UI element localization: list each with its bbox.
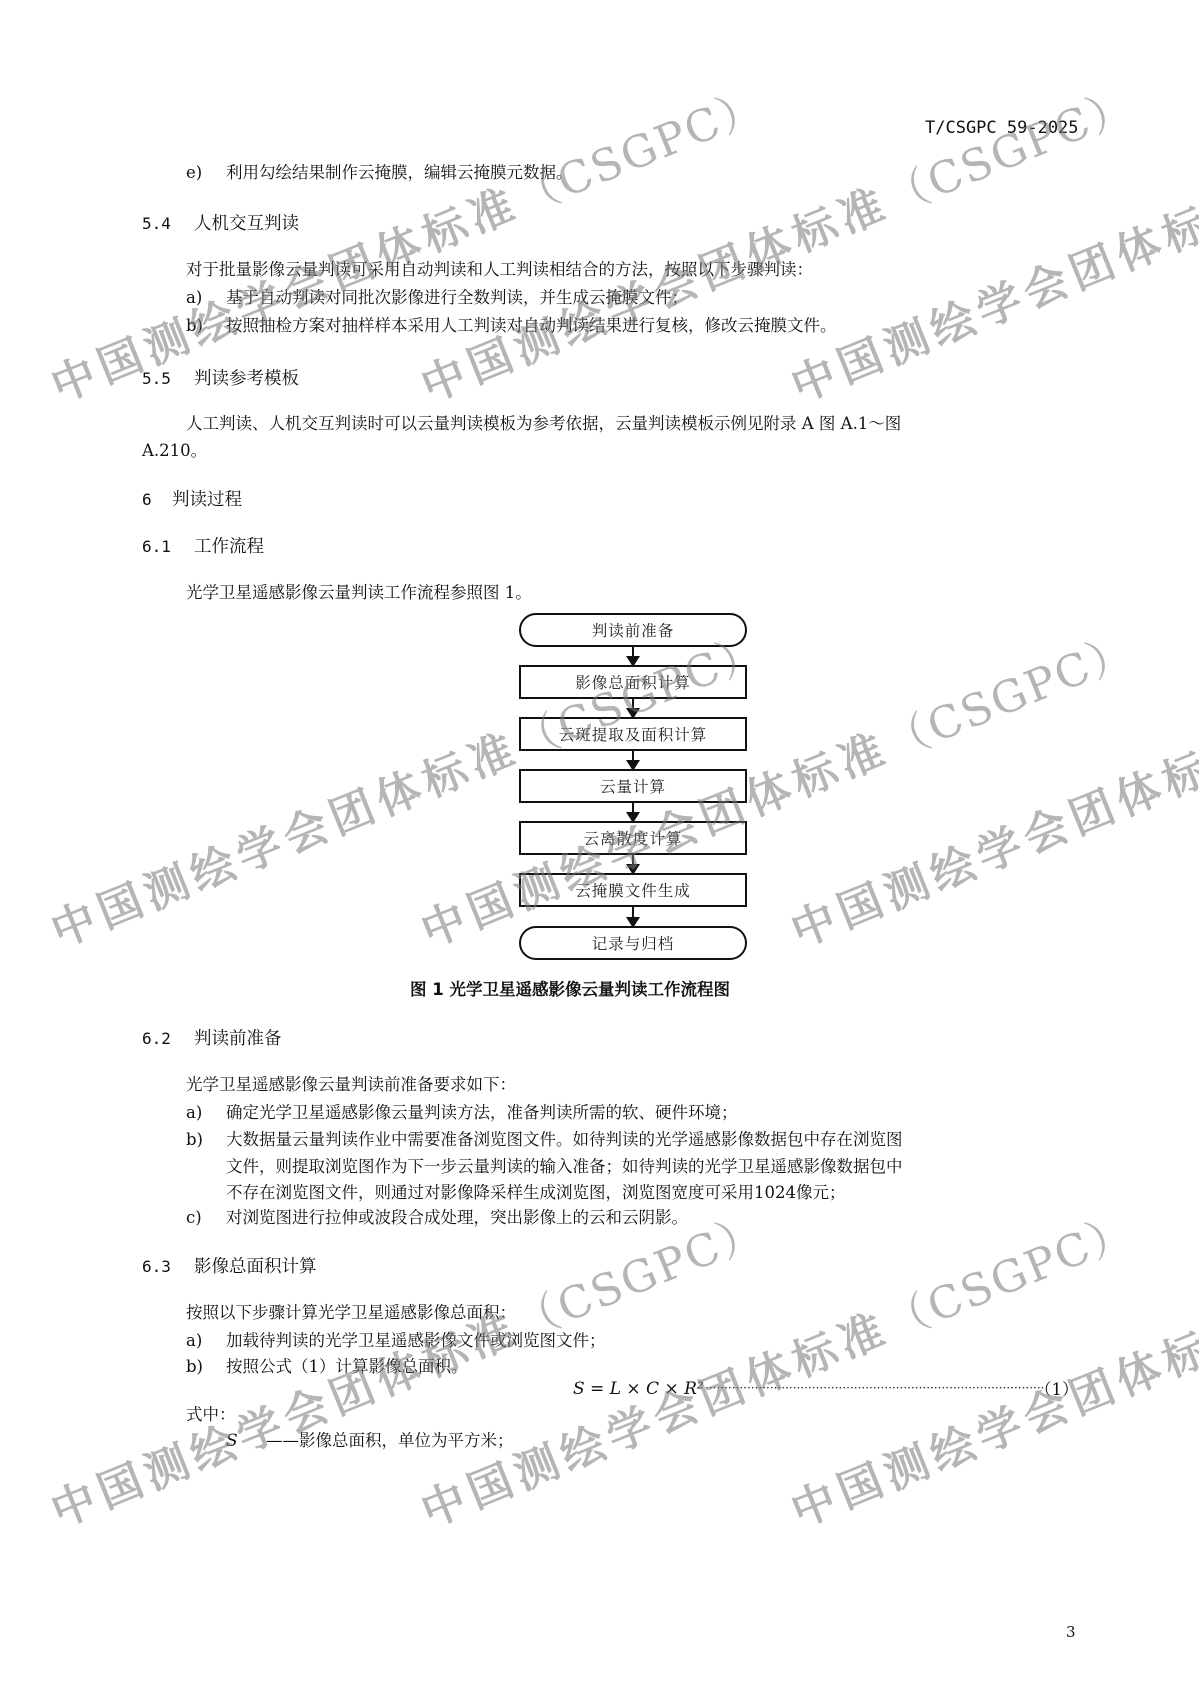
section-number: 5.4 <box>142 214 194 233</box>
item-label: a) <box>186 1103 202 1122</box>
page-number: 3 <box>1066 1623 1076 1641</box>
section-title: 判读前准备 <box>194 1029 282 1049</box>
section-heading-6: 6判读过程 <box>142 486 242 511</box>
paragraph: 对于批量影像云量判读可采用自动判读和人工判读相结合的方法，按照以下步骤判读： <box>186 259 813 281</box>
watermark: 中国测绘学会团体标准 <box>780 168 1199 415</box>
item-label: b) <box>186 316 203 335</box>
section-title: 判读参考模板 <box>194 369 299 389</box>
section-heading-6-1: 6.1工作流程 <box>142 533 264 558</box>
item-label: a) <box>186 288 202 307</box>
section-number: 5.5 <box>142 369 194 388</box>
item-text: 按照抽检方案对抽样样本采用人工判读对自动判读结果进行复核，修改云掩膜文件。 <box>226 315 837 337</box>
item-text: 加载待判读的光学卫星遥感影像文件或浏览图文件； <box>226 1330 606 1352</box>
item-text: 利用勾绘结果制作云掩膜，编辑云掩膜元数据。 <box>226 162 573 184</box>
arrow-down-icon <box>632 803 634 821</box>
where-label: 式中： <box>186 1404 236 1426</box>
section-number: 6.3 <box>142 1257 194 1276</box>
document-page: T/CSGPC 59-2025 e) 利用勾绘结果制作云掩膜，编辑云掩膜元数据。… <box>0 0 1199 1696</box>
section-title: 人机交互判读 <box>194 214 299 234</box>
flow-step: 云掩膜文件生成 <box>519 873 747 907</box>
list-item: b) 大数据量云量判读作业中需要准备浏览图文件。如待判读的光学遥感影像数据包中存… <box>186 1129 203 1151</box>
item-text: 基于自动判读对同批次影像进行全数判读，并生成云掩膜文件； <box>226 287 688 309</box>
list-item: c) 对浏览图进行拉伸或波段合成处理，突出影像上的云和云阴影。 <box>186 1207 202 1229</box>
arrow-down-icon <box>632 699 634 717</box>
flow-step: 云离散度计算 <box>519 821 747 855</box>
flow-step-end: 记录与归档 <box>519 926 747 960</box>
watermark: 中国测绘学会团体标准 <box>780 1293 1199 1540</box>
item-text-continuation: 文件，则提取浏览图作为下一步云量判读的输入准备；如待判读的光学卫星遥感影像数据包… <box>226 1156 903 1178</box>
flow-step-start: 判读前准备 <box>519 613 747 647</box>
paragraph: 光学卫星遥感影像云量判读工作流程参照图 1。 <box>186 582 532 604</box>
paragraph: 按照以下步骤计算光学卫星遥感影像总面积： <box>186 1302 516 1324</box>
flow-step: 云斑提取及面积计算 <box>519 717 747 751</box>
definition-symbol: S <box>226 1430 266 1452</box>
item-text: 确定光学卫星遥感影像云量判读方法，准备判读所需的软、硬件环境； <box>226 1102 738 1124</box>
document-id: T/CSGPC 59-2025 <box>925 118 1079 138</box>
list-item: b) 按照抽检方案对抽样样本采用人工判读对自动判读结果进行复核，修改云掩膜文件。 <box>186 315 203 337</box>
watermark: 中国测绘学会团体标准（CSGPC） <box>40 69 773 415</box>
item-label: e) <box>186 163 202 182</box>
item-text: 对浏览图进行拉伸或波段合成处理，突出影像上的云和云阴影。 <box>226 1207 688 1229</box>
item-text-continuation: 不存在浏览图文件，则通过对影像降采样生成浏览图，浏览图宽度可采用1024像元； <box>226 1182 846 1204</box>
section-number: 6.2 <box>142 1029 194 1048</box>
flow-step: 影像总面积计算 <box>519 665 747 699</box>
paragraph-line: A.210。 <box>142 440 207 462</box>
list-item: a) 基于自动判读对同批次影像进行全数判读，并生成云掩膜文件； <box>186 287 202 309</box>
list-item: a) 加载待判读的光学卫星遥感影像文件或浏览图文件； <box>186 1330 202 1352</box>
arrow-down-icon <box>632 855 634 873</box>
item-text: 大数据量云量判读作业中需要准备浏览图文件。如待判读的光学遥感影像数据包中存在浏览… <box>226 1129 903 1151</box>
formula-number: （1） <box>1035 1379 1079 1401</box>
section-title: 判读过程 <box>172 490 242 510</box>
section-heading-5-5: 5.5判读参考模板 <box>142 365 299 390</box>
definition-text: ——影像总面积，单位为平方米； <box>266 1431 514 1450</box>
list-item: e) 利用勾绘结果制作云掩膜，编辑云掩膜元数据。 <box>186 162 202 184</box>
watermark: 中国测绘学会团体标准 <box>780 713 1199 960</box>
item-text: 按照公式（1）计算影像总面积。 <box>226 1356 468 1378</box>
list-item: b) 按照公式（1）计算影像总面积。 <box>186 1356 203 1378</box>
section-number: 6.1 <box>142 537 194 556</box>
formula-leader-dots: ········································… <box>705 1381 1045 1395</box>
paragraph-line: 人工判读、人机交互判读时可以云量判读模板为参考依据，云量判读模板示例见附录 A … <box>186 413 901 435</box>
item-label: a) <box>186 1331 202 1350</box>
arrow-down-icon <box>632 907 634 926</box>
section-title: 工作流程 <box>194 537 264 557</box>
section-heading-6-2: 6.2判读前准备 <box>142 1025 282 1050</box>
section-heading-6-3: 6.3影像总面积计算 <box>142 1253 317 1278</box>
section-heading-5-4: 5.4人机交互判读 <box>142 210 299 235</box>
list-item: a) 确定光学卫星遥感影像云量判读方法，准备判读所需的软、硬件环境； <box>186 1102 202 1124</box>
watermark: 中国测绘学会团体标准（CSGPC） <box>410 1194 1143 1540</box>
arrow-down-icon <box>632 751 634 769</box>
section-title: 影像总面积计算 <box>194 1257 317 1277</box>
item-label: b) <box>186 1357 203 1376</box>
flow-step: 云量计算 <box>519 769 747 803</box>
arrow-down-icon <box>632 647 634 665</box>
definition-row: S——影像总面积，单位为平方米； <box>226 1430 514 1452</box>
formula-expression: S = L × C × R² <box>573 1379 704 1399</box>
paragraph: 光学卫星遥感影像云量判读前准备要求如下： <box>186 1074 516 1096</box>
figure-caption: 图 1 光学卫星遥感影像云量判读工作流程图 <box>410 976 730 1000</box>
item-label: c) <box>186 1208 202 1227</box>
item-label: b) <box>186 1130 203 1149</box>
section-number: 6 <box>142 490 172 509</box>
